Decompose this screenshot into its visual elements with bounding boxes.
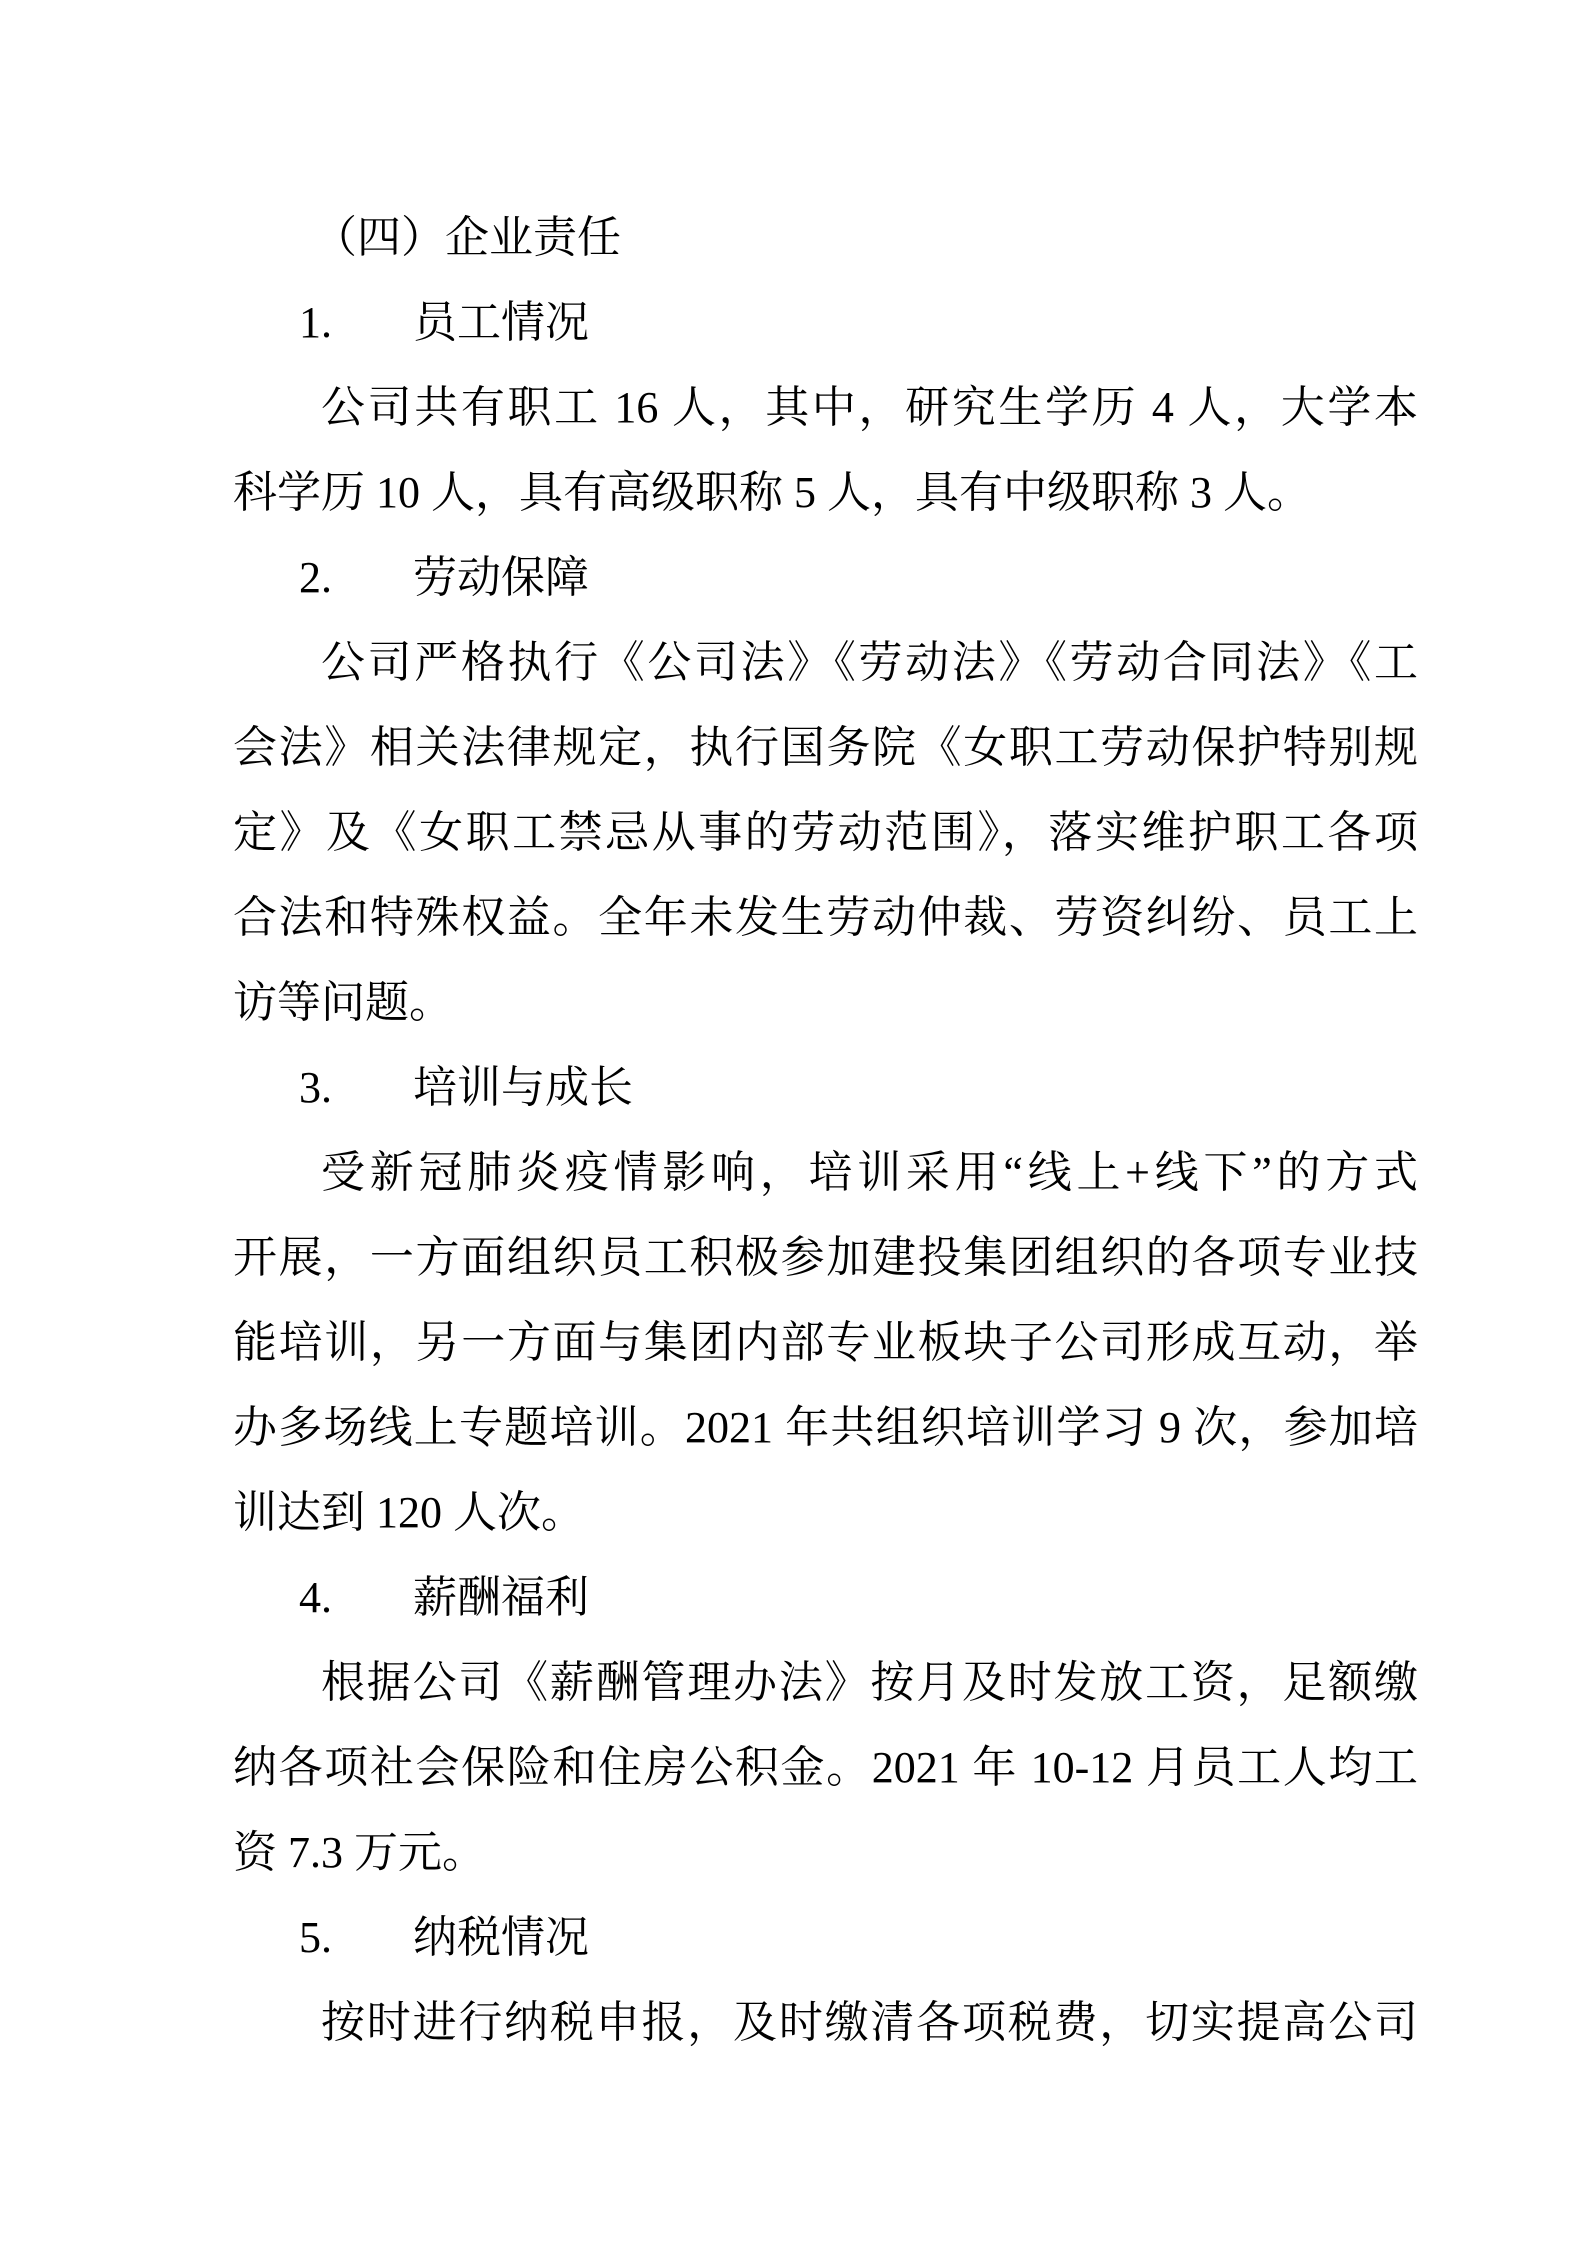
heading-number: 1. — [299, 280, 413, 365]
numbered-heading-5: 5.纳税情况 — [233, 1895, 1418, 1980]
numbered-heading-2: 2.劳动保障 — [233, 535, 1418, 620]
heading-title: 员工情况 — [413, 298, 589, 347]
numbered-heading-3: 3.培训与成长 — [233, 1045, 1418, 1130]
text-line: 公司严格执行《公司法》《劳动法》《劳动合同法》《工 — [233, 620, 1418, 705]
text-line: 资 7.3 万元。 — [233, 1810, 1418, 1895]
text-line: 公司共有职工 16 人，其中，研究生学历 4 人，大学本 — [233, 365, 1418, 450]
text-line: 纳各项社会保险和住房公积金。2021 年 10-12 月员工人均工 — [233, 1725, 1418, 1810]
text-line: 受新冠肺炎疫情影响，培训采用“线上+线下”的方式 — [233, 1130, 1418, 1215]
numbered-heading-1: 1.员工情况 — [233, 280, 1418, 365]
document-page: （四）企业责任 1.员工情况 公司共有职工 16 人，其中，研究生学历 4 人，… — [0, 0, 1587, 2245]
heading-number: 3. — [299, 1045, 413, 1130]
section-heading: （四）企业责任 — [233, 195, 1418, 280]
text-line: 能培训，另一方面与集团内部专业板块子公司形成互动，举 — [233, 1300, 1418, 1385]
heading-number: 2. — [299, 535, 413, 620]
numbered-heading-4: 4.薪酬福利 — [233, 1555, 1418, 1640]
text-line: 办多场线上专题培训。2021 年共组织培训学习 9 次，参加培 — [233, 1385, 1418, 1470]
text-line: 合法和特殊权益。全年未发生劳动仲裁、劳资纠纷、员工上 — [233, 875, 1418, 960]
heading-title: 薪酬福利 — [413, 1573, 589, 1622]
heading-number: 4. — [299, 1555, 413, 1640]
text-line: 按时进行纳税申报，及时缴清各项税费，切实提高公司 — [233, 1980, 1418, 2065]
heading-title: 纳税情况 — [413, 1913, 589, 1962]
text-line: 访等问题。 — [233, 960, 1418, 1045]
heading-title: 培训与成长 — [413, 1063, 633, 1112]
text-line: 根据公司《薪酬管理办法》按月及时发放工资，足额缴 — [233, 1640, 1418, 1725]
heading-title: 劳动保障 — [413, 553, 589, 602]
text-line: 科学历 10 人，具有高级职称 5 人，具有中级职称 3 人。 — [233, 450, 1418, 535]
heading-number: 5. — [299, 1895, 413, 1980]
text-line: 训达到 120 人次。 — [233, 1470, 1418, 1555]
text-line: 会法》相关法律规定，执行国务院《女职工劳动保护特别规 — [233, 705, 1418, 790]
text-line: 定》及《女职工禁忌从事的劳动范围》，落实维护职工各项 — [233, 790, 1418, 875]
document-text-block: （四）企业责任 1.员工情况 公司共有职工 16 人，其中，研究生学历 4 人，… — [233, 195, 1418, 2065]
text-line: 开展，一方面组织员工积极参加建投集团组织的各项专业技 — [233, 1215, 1418, 1300]
